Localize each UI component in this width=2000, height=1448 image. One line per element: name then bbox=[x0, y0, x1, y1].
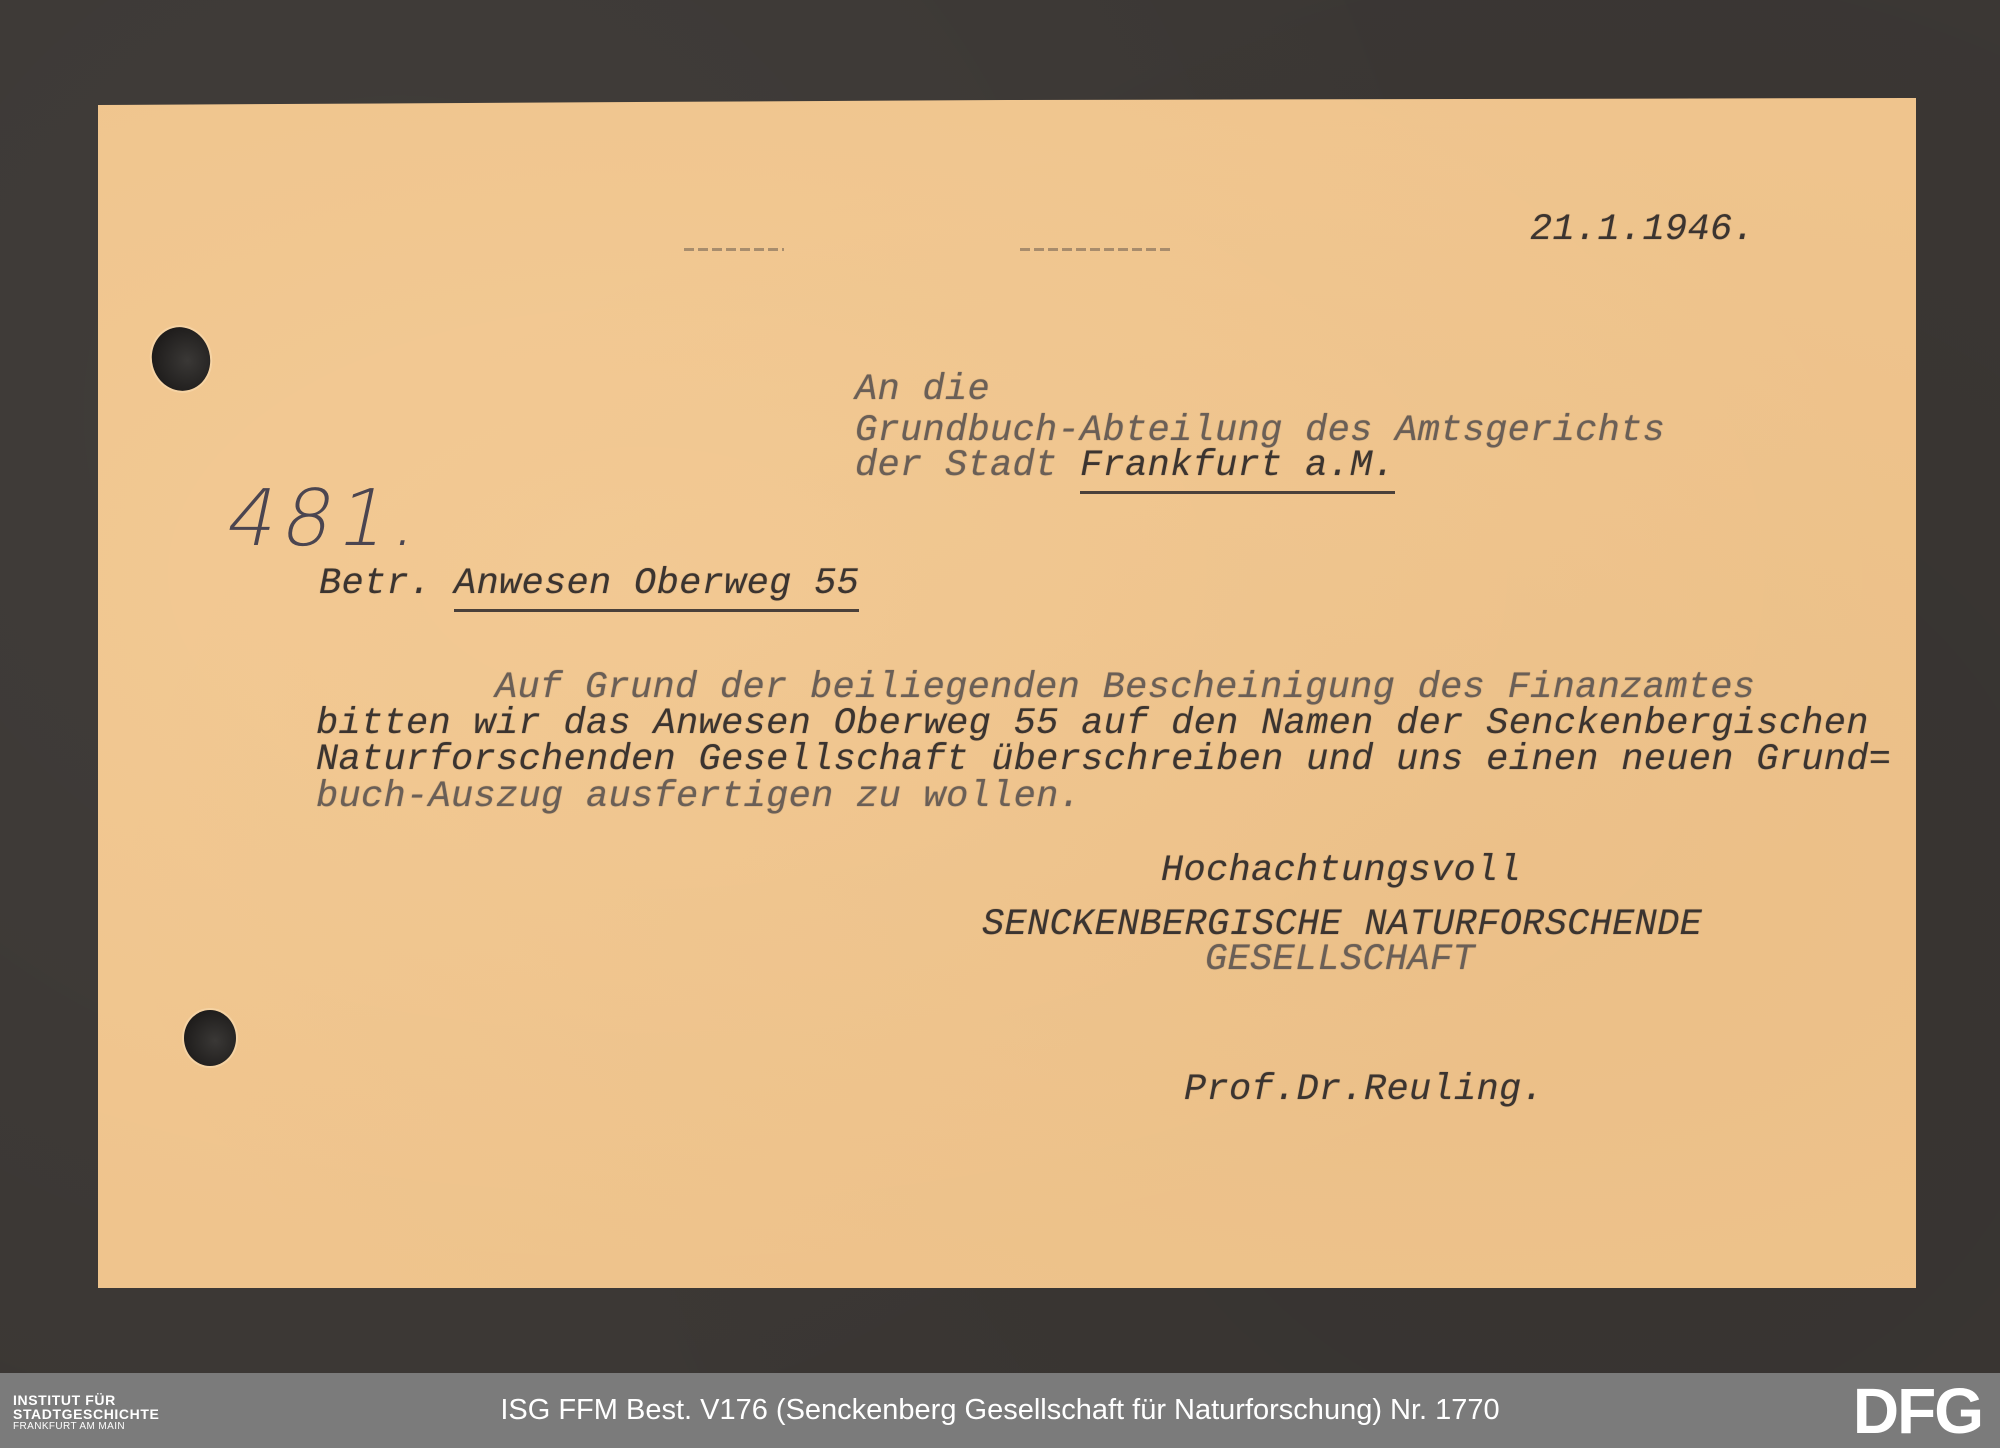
body-line-4: buch-Auszug ausfertigen zu wollen. bbox=[316, 779, 1081, 816]
punch-hole-bottom bbox=[184, 1010, 236, 1066]
recipient-city-prefix: der Stadt bbox=[855, 445, 1080, 487]
subject-line: Betr. Anwesen Oberweg 55 bbox=[319, 566, 859, 603]
faint-typed-marks-left bbox=[684, 248, 784, 251]
recipient-line-3: der Stadt Frankfurt a.M. bbox=[855, 448, 1395, 485]
organization-name-line-2: GESELLSCHAFT bbox=[1205, 942, 1475, 979]
recipient-line-1: An die bbox=[855, 372, 990, 409]
archive-footer-banner: INSTITUT FÜR STADTGESCHICHTE FRANKFURT A… bbox=[0, 1373, 2000, 1448]
letter-date: 21.1.1946. bbox=[1530, 212, 1755, 249]
dfg-logo: DFG bbox=[1853, 1383, 1982, 1439]
closing-salutation: Hochachtungsvoll bbox=[1161, 853, 1521, 890]
signatory-name: Prof.Dr.Reuling. bbox=[1184, 1072, 1544, 1109]
body-line-3: Naturforschenden Gesellschaft überschrei… bbox=[316, 742, 1891, 779]
subject-label: Betr. bbox=[319, 563, 454, 605]
handwritten-file-number: 481. bbox=[220, 480, 434, 558]
body-line-1: Auf Grund der beiliegenden Bescheinigung… bbox=[495, 670, 1755, 707]
subject-value: Anwesen Oberweg 55 bbox=[454, 563, 859, 612]
recipient-city: Frankfurt a.M. bbox=[1080, 445, 1395, 494]
body-line-2: bitten wir das Anwesen Oberweg 55 auf de… bbox=[316, 706, 1869, 743]
faint-typed-marks-right bbox=[1020, 248, 1170, 251]
archive-reference-caption: ISG FFM Best. V176 (Senckenberg Gesellsc… bbox=[0, 1390, 2000, 1430]
